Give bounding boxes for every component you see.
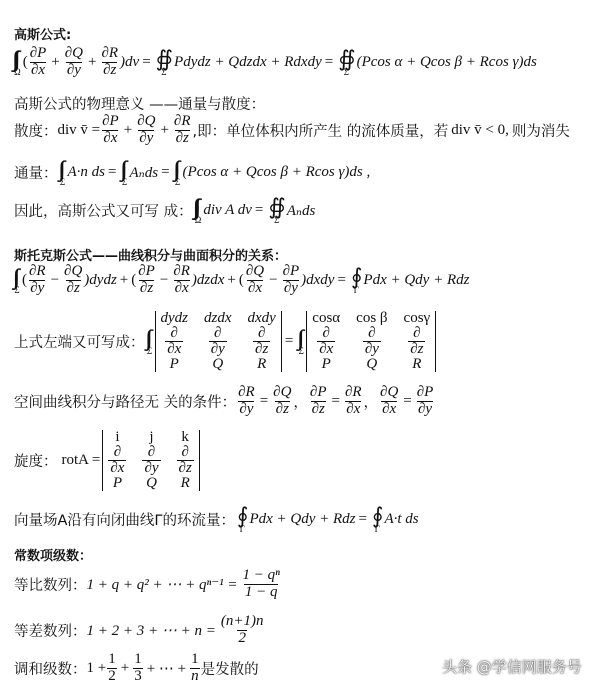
gauss-title: 高斯公式:	[14, 24, 71, 43]
curl-formula: 旋度： rotA = i j k ∂∂x ∂∂y ∂∂z P Q R	[14, 430, 200, 491]
arithmetic-series: 等差数列： 1 + 2 + 3 + ⋯ + n = (n+1)n2	[14, 614, 266, 647]
curl-determinant: i j k ∂∂x ∂∂y ∂∂z P Q R	[102, 430, 199, 491]
gauss-rewrite-formula: 因此，高斯公式又可写 成： ∫∫∫Ω div A dv = ∯Σ Aₙds	[14, 196, 315, 225]
closed-surface-integral-symbol: ∯Σ	[338, 48, 354, 77]
path-independence-conditions: 空间曲线积分与路径无 关的条件： ∂R∂y = ∂Q∂z ， ∂P∂z = ∂R…	[14, 385, 435, 418]
harmonic-series: 调和级数： 1 + 12 + 13 + ⋯ + 1n 是发散的	[14, 652, 259, 685]
gauss-physical-meaning: 高斯公式的物理意义 ——通量与散度：	[14, 93, 265, 114]
geometric-series: 等比数列： 1 + q + q² + ⋯ + qⁿ⁻¹ = 1 − qⁿ1 − …	[14, 568, 282, 601]
determinant-direction-cosines: cosα cos β cosγ ∂∂x ∂∂y ∂∂z P Q R	[306, 311, 436, 372]
stokes-title: 斯托克斯公式——曲线积分与曲面积分的关系：	[14, 245, 287, 264]
circulation-formula: 向量场A沿有向闭曲线Γ的环流量： ∮Γ Pdx + Qdy + Rdz = ∮Γ…	[14, 505, 419, 534]
closed-surface-integral-symbol: ∯Σ	[156, 48, 172, 77]
gauss-main-formula: ∫∫∫Ω ( ∂P∂x + ∂Q∂y + ∂R∂z )dv = ∯Σ Pdydz…	[12, 46, 537, 79]
series-title: 常数项级数：	[14, 545, 92, 564]
stokes-main-formula: ∫∫Σ ( ∂R∂y − ∂Q∂z )dydz +( ∂P∂z − ∂R∂x )…	[12, 264, 469, 297]
divergence-formula: 散度： div v̄ = ∂P∂x + ∂Q∂y + ∂R∂z ,即：单位体积内…	[14, 114, 570, 147]
stokes-determinant-form: 上式左端又可写成： ∫∫Σ dydz dzdx dxdy ∂∂x ∂∂y ∂∂z…	[14, 311, 436, 372]
watermark: 头条 @学信网服务号	[442, 656, 582, 677]
determinant-differentials: dydz dzdx dxdy ∂∂x ∂∂y ∂∂z P Q R	[155, 311, 282, 372]
flux-formula: 通量： ∫∫Σ A·n ds = ∫∫Σ Aₙds = ∫∫Σ (Pcos α …	[14, 158, 370, 187]
triple-integral-symbol: ∫∫∫Ω	[14, 48, 21, 77]
